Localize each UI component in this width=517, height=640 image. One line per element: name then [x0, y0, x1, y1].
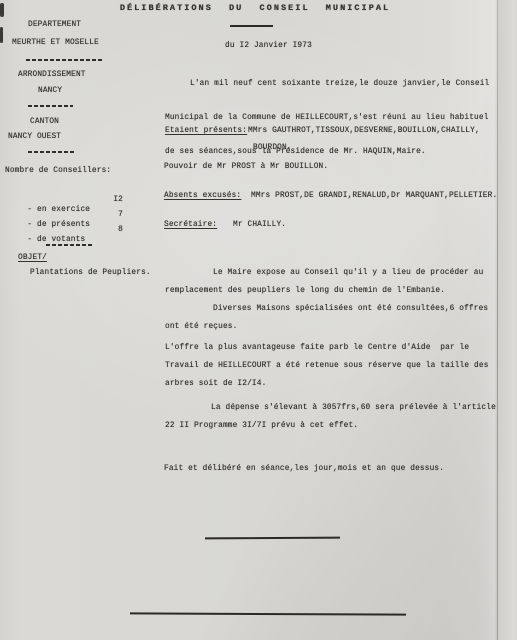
opening-line: de ses séances,sous la Présidence de Mr.… — [165, 143, 489, 161]
absents-row: Absents excusés: — [164, 192, 241, 202]
departement-value: MEURTHE ET MOSELLE — [12, 39, 99, 49]
closing-line: Fait et délibéré en séance,les jour,mois… — [164, 465, 444, 475]
counter-value: 7 — [106, 211, 123, 221]
opening-paragraph: L'an mil neuf cent soixante treize,le do… — [165, 59, 489, 177]
paper-fold-crease — [497, 0, 498, 640]
opening-line: Municipal de la Commune de HEILLECOURT,s… — [165, 109, 489, 127]
depense-line-1: La dépense s'élevant à 3057frs,60 sera p… — [211, 404, 496, 414]
presents-names-cont: BOURDON. — [253, 144, 292, 154]
counter-label: - de votants — [27, 236, 85, 244]
signature-line-2 — [130, 612, 406, 615]
secretaire-label: Secrétaire: — [164, 221, 217, 229]
arrondissement-label: ARRONDISSEMENT — [18, 71, 86, 81]
counter-value: 8 — [106, 226, 123, 236]
signature-line-1 — [205, 537, 340, 540]
canton-label: CANTON — [30, 118, 59, 128]
presents-label: Etaient présents: — [165, 127, 247, 135]
secretaire-value: Mr CHAILLY. — [233, 221, 286, 231]
offre-line-3: arbres soit de I2/I4. — [165, 380, 266, 390]
opening-line: L'an mil neuf cent soixante treize,le do… — [165, 75, 489, 93]
separator-dashes-2 — [28, 105, 73, 107]
conseillers-label: Nombre de Conseillers: — [5, 167, 111, 177]
expose-line-2: remplacement des peupliers le long du ch… — [165, 287, 445, 297]
scanned-document-page: DÉLIBÉRATIONS DU CONSEIL MUNICIPAL du I2… — [0, 0, 517, 640]
consult-line-2: ont été reçues. — [165, 323, 237, 333]
separator-dashes-1 — [26, 59, 104, 61]
counter-value: I2 — [106, 196, 123, 206]
separator-dashes-4 — [46, 244, 92, 246]
consult-line-1: Diverses Maisons spécialisées ont été co… — [213, 305, 488, 315]
offre-line-2: Travail de HEILLECOURT a été retenue sou… — [165, 362, 489, 372]
paper-edge-right — [498, 0, 517, 640]
arrondissement-value: NANCY — [38, 87, 62, 97]
pouvoir-line: Pouvoir de Mr PROST à Mr BOUILLON. — [164, 163, 328, 173]
departement-label: DEPARTEMENT — [28, 21, 81, 31]
document-title: DÉLIBÉRATIONS DU CONSEIL MUNICIPAL — [0, 4, 510, 14]
presents-names: MMrs GAUTHROT,TISSOUX,DESVERNE,BOUILLON,… — [248, 127, 480, 137]
secretaire-row: Secrétaire: — [164, 221, 217, 231]
absents-label: Absents excusés: — [164, 192, 241, 200]
absents-names: MMrs PROST,DE GRANDI,RENALUD,Dr MARQUANT… — [251, 192, 497, 202]
canton-value: NANCY OUEST — [8, 133, 61, 143]
title-underline-rule — [230, 25, 273, 27]
scan-artifact-top-left-2 — [0, 27, 3, 43]
offre-line-1: L'offre la plus avantageuse faite parb l… — [165, 344, 469, 354]
session-date: du I2 Janvier I973 — [225, 42, 312, 52]
objet-label: OBJET/ — [18, 254, 47, 264]
objet-value: Plantations de Peupliers. — [30, 269, 151, 279]
separator-dashes-3 — [28, 151, 76, 153]
presents-row: Etaient présents: — [165, 127, 247, 137]
expose-line-1: Le Maire expose au Conseil qu'il y a lie… — [213, 269, 483, 279]
depense-line-2: 22 II Programme 3I/7I prévu à cet effet. — [165, 422, 358, 432]
